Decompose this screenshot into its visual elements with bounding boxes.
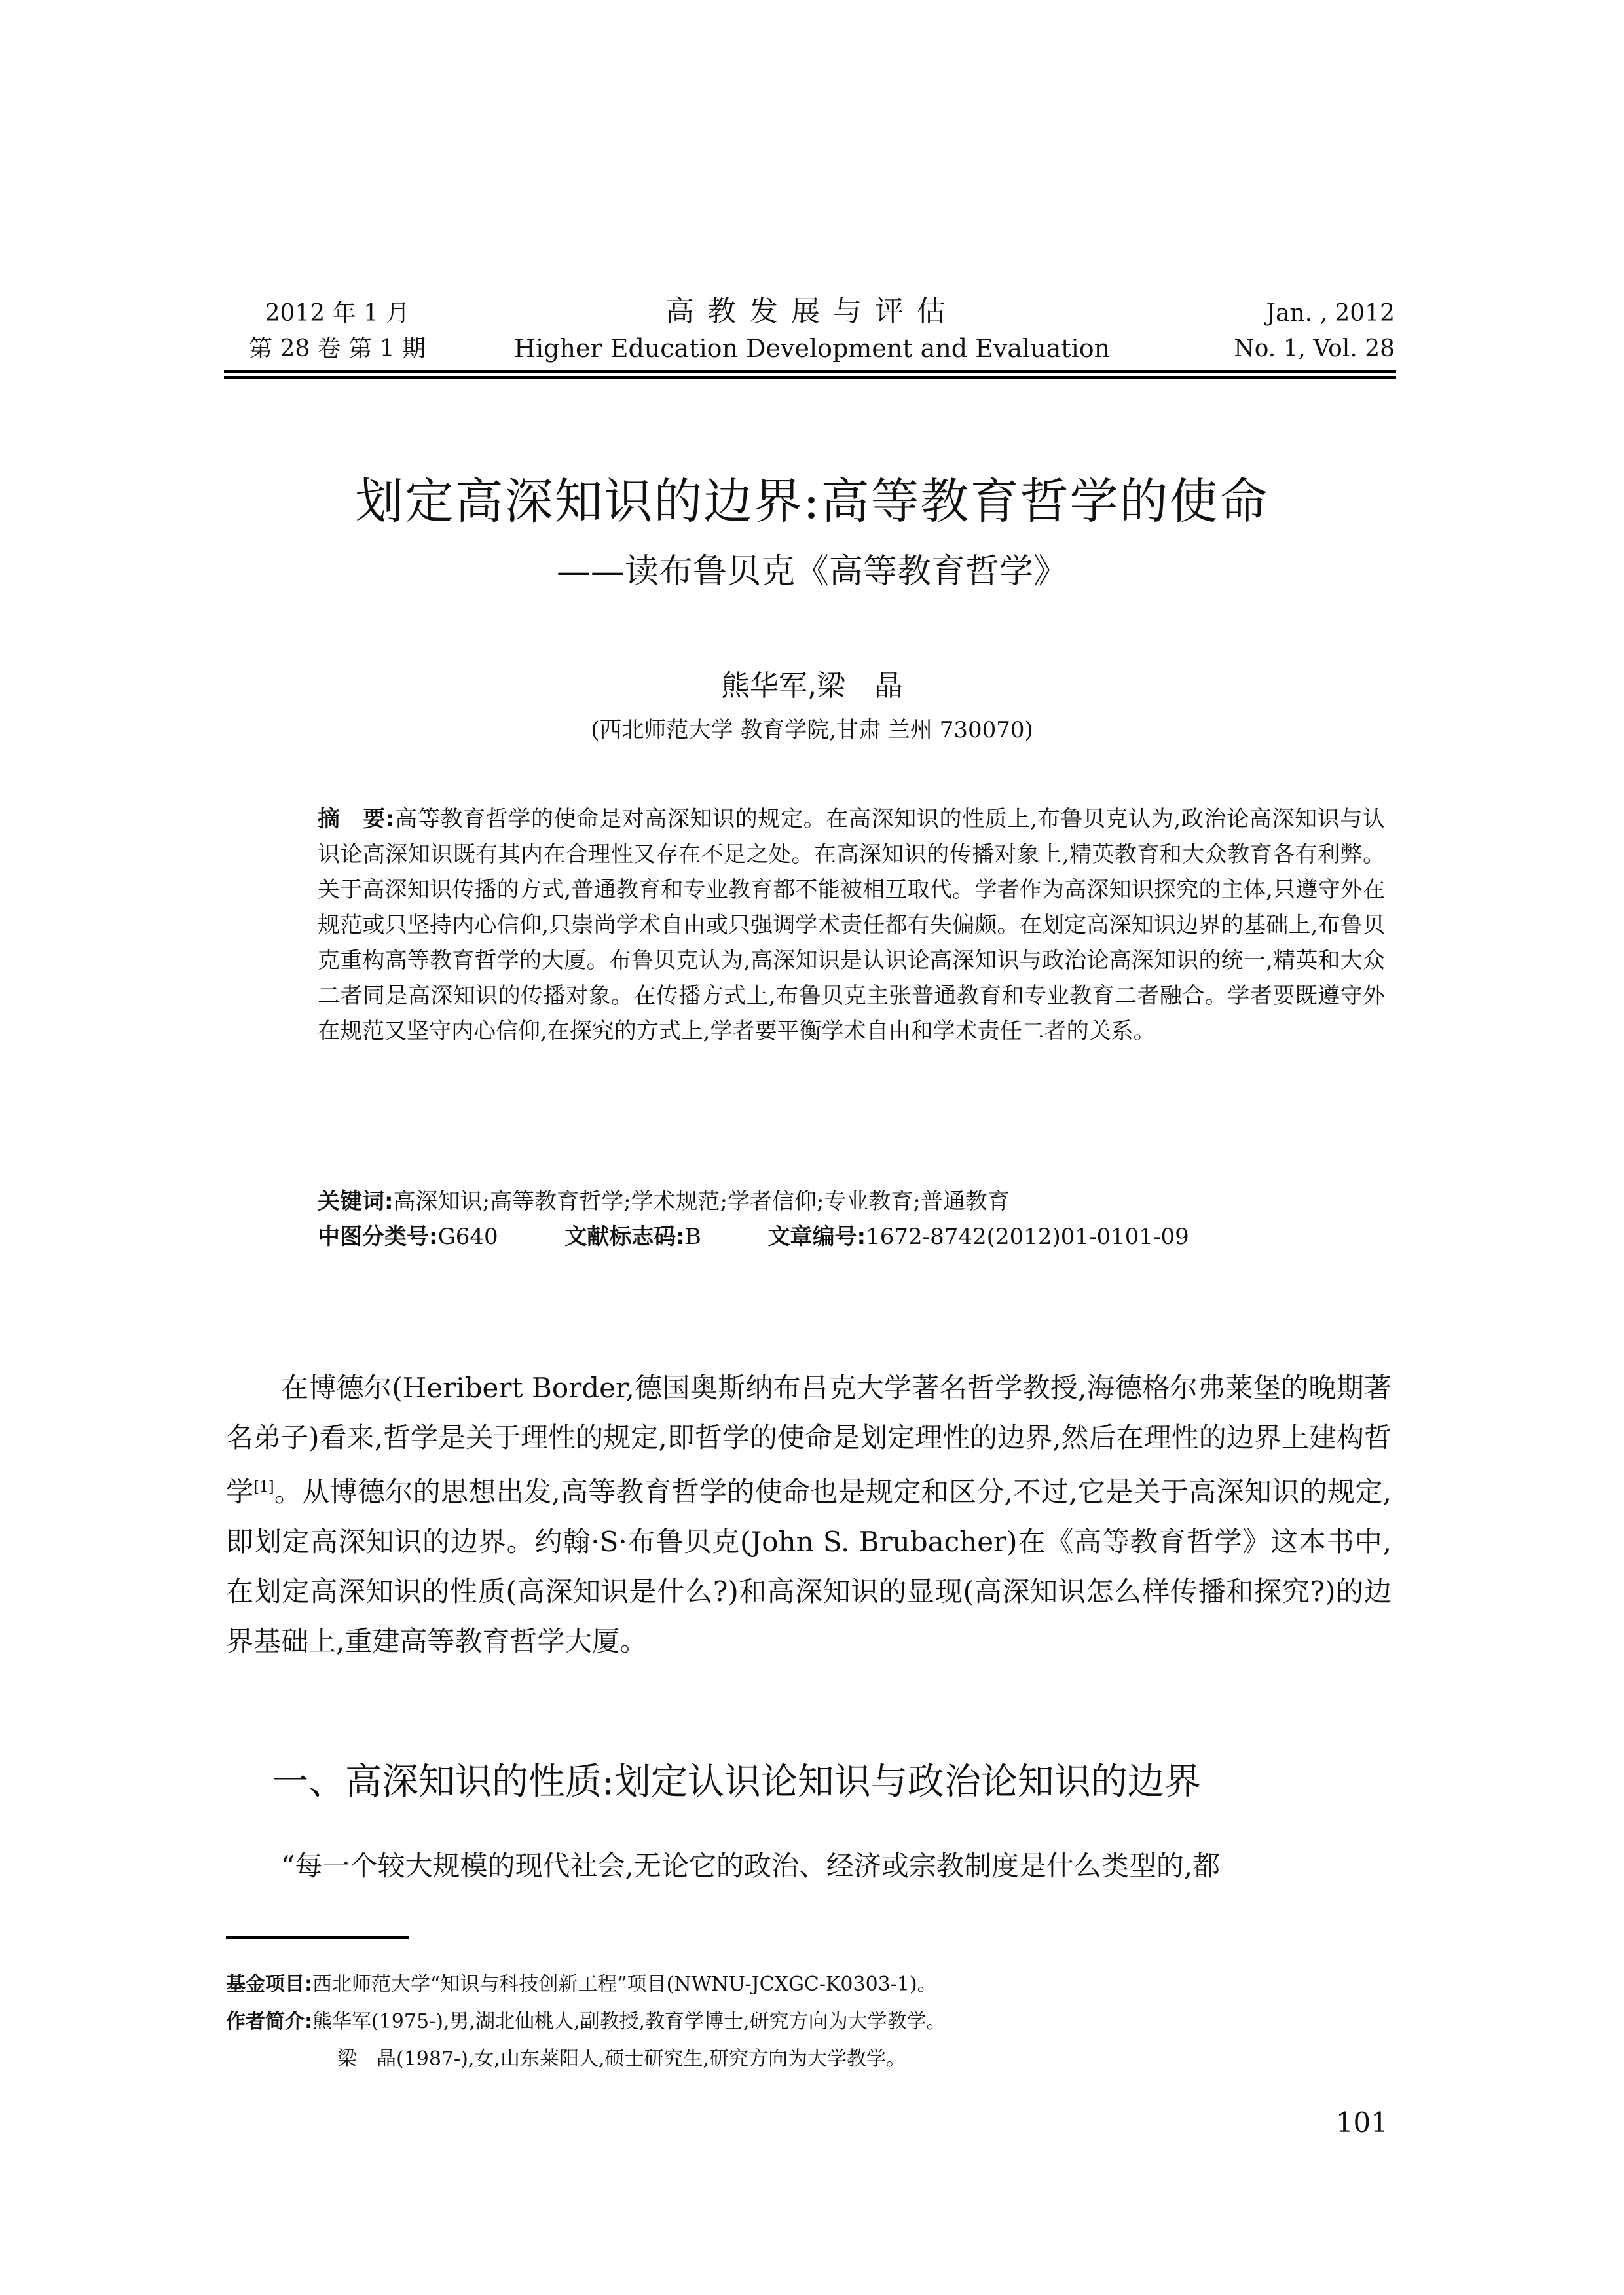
- header-volume-cn: 第 28 卷 第 1 期: [226, 331, 449, 367]
- header-date-cn: 2012 年 1 月: [226, 296, 449, 331]
- fund-text: 西北师范大学“知识与科技创新工程”项目(NWNU-JCXGC-K0303-1)。: [312, 1973, 937, 1996]
- keywords-text: 高深知识;高等教育哲学;学术规范;学者信仰;专业教育;普通教育: [394, 1188, 1010, 1215]
- journal-name-en: Higher Education Development and Evaluat…: [485, 330, 1139, 367]
- fund-label: 基金项目:: [226, 1973, 312, 1996]
- abstract-label: 摘 要:: [318, 806, 395, 832]
- header-journal-name: 高教发展与评估 Higher Education Development and…: [485, 293, 1139, 367]
- author-note-2: 梁 晶(1987-),女,山东莱阳人,硕士研究生,研究方向为大学教学。: [226, 2040, 1392, 2078]
- header-volume-en: No. 1, Vol. 28: [1205, 331, 1395, 367]
- clc-label: 中图分类号:: [318, 1224, 438, 1250]
- doc-code-label: 文献标志码:: [564, 1224, 685, 1250]
- intro-paragraph: 在博德尔(Heribert Border,德国奥斯纳布吕克大学著名哲学教授,海德…: [226, 1363, 1392, 1666]
- abstract-text: 高等教育哲学的使命是对高深知识的规定。在高深知识的性质上,布鲁贝克认为,政治论高…: [318, 806, 1385, 1044]
- intro-text-2: 。从博德尔的思想出发,高等教育哲学的使命也是规定和区分,不过,它是关于高深知识的…: [226, 1476, 1392, 1657]
- page-number: 101: [1303, 2103, 1388, 2142]
- header-rule-bottom: [224, 376, 1396, 379]
- section1-paragraph: “每一个较大规模的现代社会,无论它的政治、经济或宗教制度是什么类型的,都: [226, 1841, 1392, 1891]
- keywords-label: 关键词:: [318, 1188, 394, 1215]
- footnote-separator: [226, 1936, 409, 1939]
- journal-name-cn: 高教发展与评估: [485, 293, 1139, 330]
- header-issue-info-en: Jan. , 2012 No. 1, Vol. 28: [1205, 296, 1395, 367]
- article-no-value: 1672-8742(2012)01-0101-09: [866, 1224, 1189, 1250]
- header-issue-info-cn: 2012 年 1 月 第 28 卷 第 1 期: [226, 296, 449, 367]
- author-intro-label: 作者简介:: [226, 2010, 312, 2033]
- keywords: 关键词:高深知识;高等教育哲学;学术规范;学者信仰;专业教育;普通教育: [318, 1184, 1010, 1219]
- section-heading-1: 一、高深知识的性质:划定认识论知识与政治论知识的边界: [226, 1756, 1392, 1808]
- author1-text: 熊华军(1975-),男,湖北仙桃人,副教授,教育学博士,研究方向为大学教学。: [312, 2010, 946, 2033]
- header-rule-top: [224, 370, 1396, 373]
- author2-text: 梁 晶(1987-),女,山东莱阳人,硕士研究生,研究方向为大学教学。: [337, 2047, 906, 2070]
- author-note-1: 作者简介:熊华军(1975-),男,湖北仙桃人,副教授,教育学博士,研究方向为大…: [226, 2003, 1392, 2040]
- header-date-en: Jan. , 2012: [1205, 296, 1395, 331]
- article-subtitle: ——读布鲁贝克《高等教育哲学》: [223, 549, 1401, 595]
- article-no-label: 文章编号:: [768, 1224, 866, 1250]
- author-affiliation: (西北师范大学 教育学院,甘肃 兰州 730070): [223, 714, 1401, 746]
- fund-note: 基金项目:西北师范大学“知识与科技创新工程”项目(NWNU-JCXGC-K030…: [226, 1966, 1392, 2003]
- footnotes: 基金项目:西北师范大学“知识与科技创新工程”项目(NWNU-JCXGC-K030…: [226, 1966, 1392, 2078]
- article-title: 划定高深知识的边界:高等教育哲学的使命: [223, 470, 1401, 533]
- citation-ref[interactable]: [1]: [253, 1479, 274, 1496]
- classification-line: 中图分类号:G640 文献标志码:B 文章编号:1672-8742(2012)0…: [318, 1219, 1189, 1255]
- clc-value: G640: [438, 1224, 498, 1250]
- doc-code-value: B: [685, 1224, 701, 1250]
- article-authors: 熊华军,梁 晶: [223, 667, 1401, 706]
- abstract: 摘 要:高等教育哲学的使命是对高深知识的规定。在高深知识的性质上,布鲁贝克认为,…: [226, 801, 1385, 1049]
